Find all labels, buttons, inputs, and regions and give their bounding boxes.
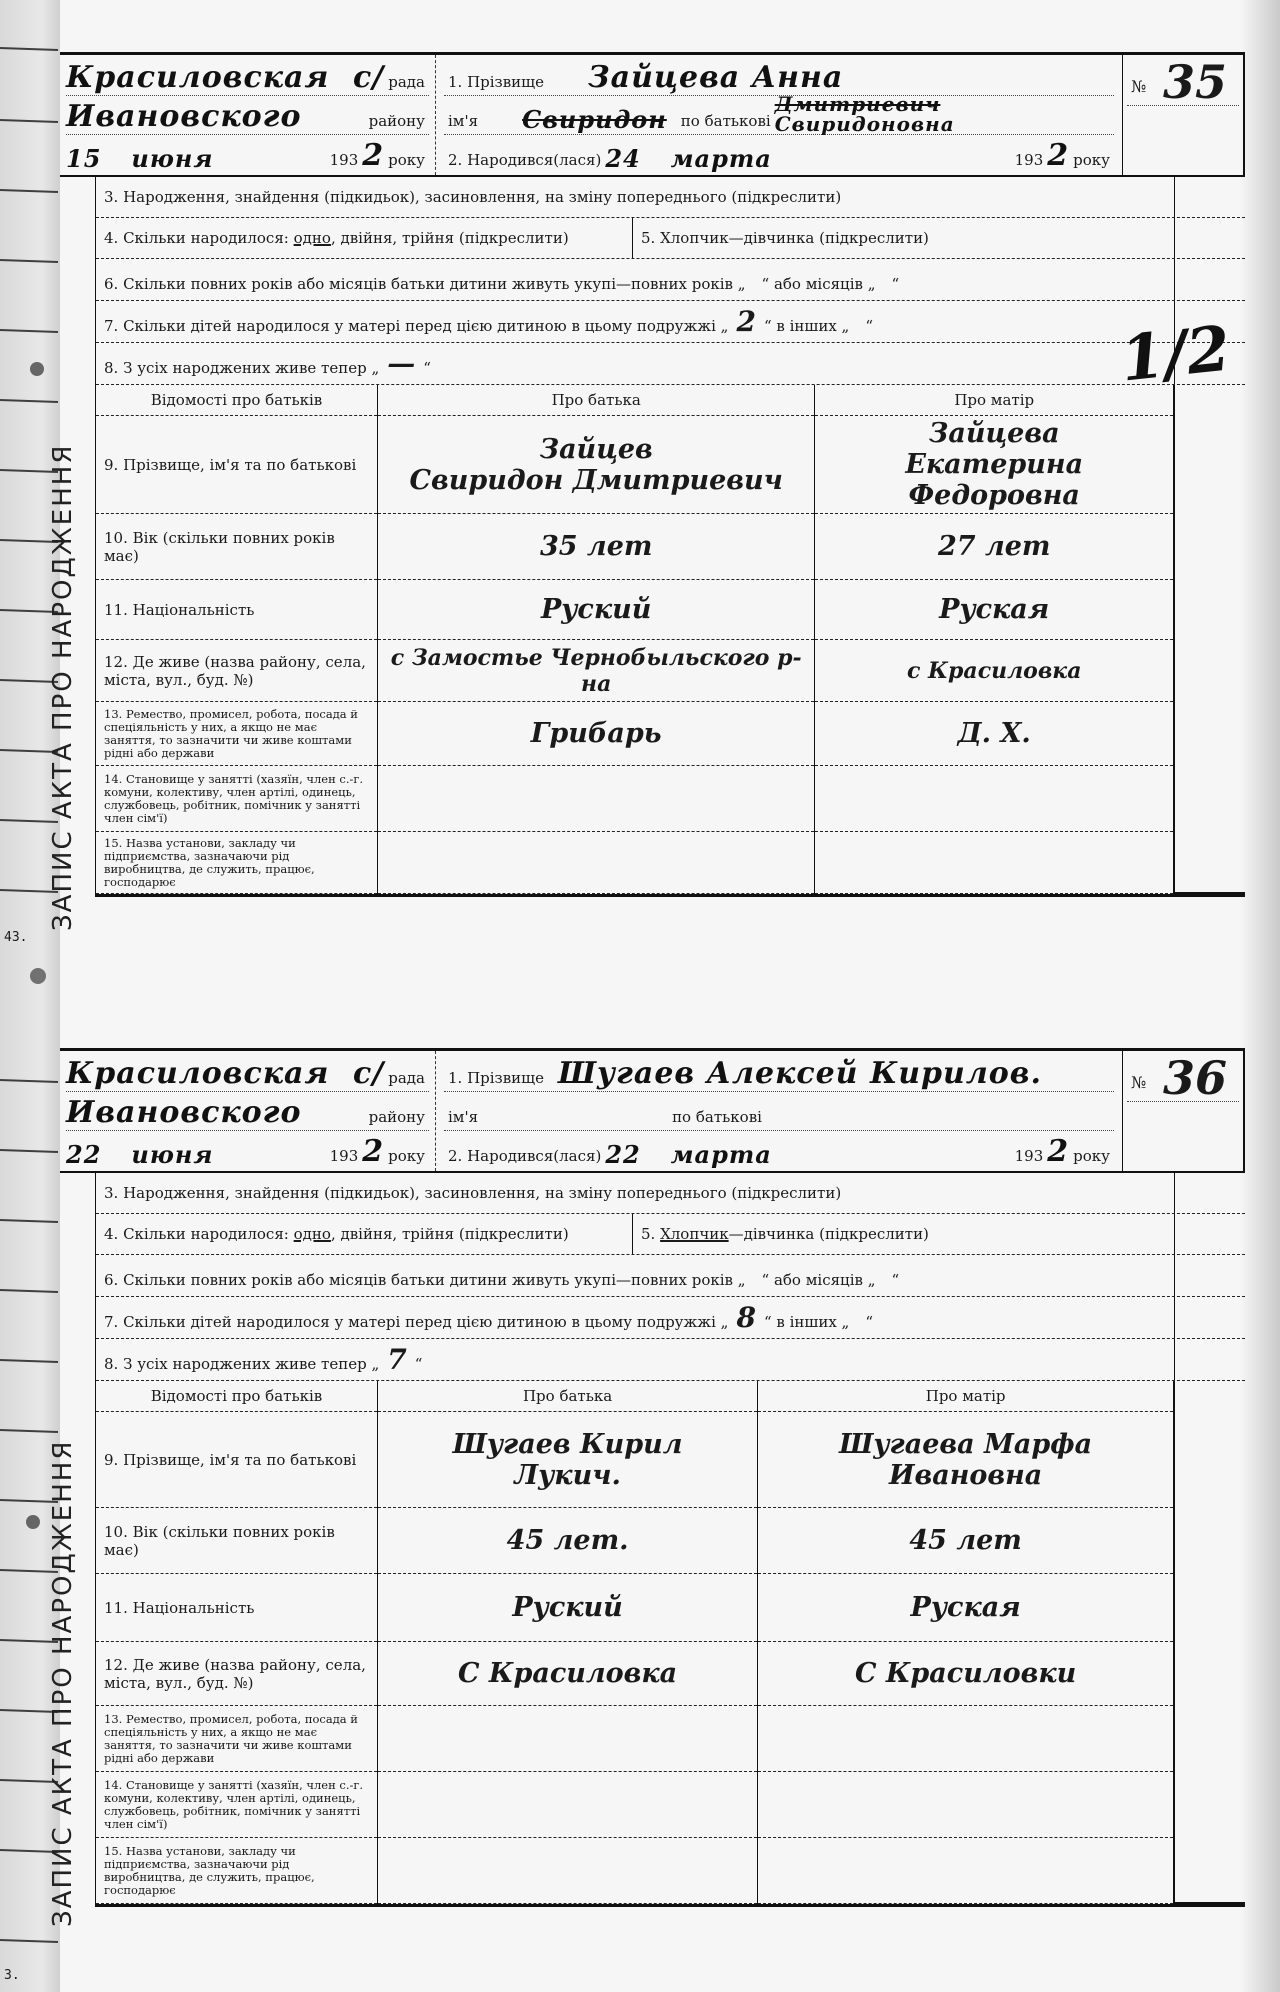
registration-block: Красиловскаяс/рада Ивановскогорайону 22и… [60, 1051, 436, 1171]
q4-single-underlined: одно [294, 229, 331, 247]
father-nationality: Руский [378, 580, 815, 640]
mother-age: 27 лет [815, 514, 1174, 580]
q8-alive-count: — [387, 347, 415, 380]
father-age: 35 лет [378, 514, 815, 580]
margin-number: 43. [4, 930, 27, 945]
mother-occupation: Д. Х. [815, 702, 1174, 766]
birth-record-36: Красиловскаяс/рада Ивановскогорайону 22и… [60, 1048, 1245, 1907]
parents-table: Відомості про батьківПро батькаПро матір… [96, 385, 1174, 894]
record-body: ЗАПИС АКТА ПРО НАРОДЖЕННЯ 3. Народження,… [95, 1173, 1245, 1907]
child-patronymic-struck: Дмитриевич [775, 94, 955, 114]
record-number-box: № 36 [1122, 1051, 1245, 1171]
side-title: ЗАПИС АКТА ПРО НАРОДЖЕННЯ [48, 1433, 80, 1933]
record-header: Красиловскаяс/рада Ивановскогорайону 15и… [60, 52, 1245, 177]
birth-year: 2 [1047, 1134, 1069, 1169]
mother-name: Шугаева МарфаИвановна [758, 1412, 1174, 1508]
district-name: Ивановского [66, 99, 302, 134]
council-name: Красиловская [66, 1056, 329, 1091]
mother-nationality: Руская [758, 1574, 1174, 1642]
father-residence: С Красиловка [378, 1642, 758, 1706]
record-number: 36 [1163, 1051, 1227, 1105]
registration-block: Красиловскаяс/рада Ивановскогорайону 15и… [60, 55, 436, 175]
father-age: 45 лет. [378, 1508, 758, 1574]
child-block: 1. ПрізвищеЗайцева Анна ім'яСвиридонпо б… [436, 55, 1122, 175]
birth-month: марта [671, 1140, 772, 1169]
margin-mark: 1/2 [1118, 312, 1234, 396]
mother-name: ЗайцеваЕкатерина Федоровна [815, 416, 1174, 514]
mother-nationality: Руская [815, 580, 1174, 640]
father-name: ЗайцевСвиридон Дмитриевич [378, 416, 815, 514]
child-surname-name: Шугаев Алексей Кирилов. [558, 1056, 1042, 1091]
q5-boy-underlined: Хлопчик [660, 1225, 729, 1243]
mother-residence: с Красиловка [815, 640, 1174, 702]
father-name: Шугаев КирилЛукич. [378, 1412, 758, 1508]
birth-day: 22 [605, 1140, 640, 1169]
q8-alive-count: 7 [387, 1343, 406, 1376]
register-page: Красиловскаяс/рада Ивановскогорайону 15и… [60, 0, 1280, 1992]
registration-month: июня [131, 1140, 213, 1169]
father-nationality: Руский [378, 1574, 758, 1642]
registration-day: 15 [66, 144, 101, 173]
father-occupation: Грибарь [378, 702, 815, 766]
father-residence: с Замостье Чернобыльского р-на [378, 640, 815, 702]
child-patronymic: Свиридоновна [775, 114, 955, 134]
father-occupation [378, 1706, 758, 1772]
mother-occupation [758, 1706, 1174, 1772]
child-surname-name: Зайцева Анна [588, 60, 843, 95]
record-number: 35 [1163, 55, 1227, 109]
birth-month: марта [671, 144, 772, 173]
q3-event-type: 3. Народження, знайдення (підкидьок), за… [96, 1180, 1174, 1206]
registration-year: 2 [362, 138, 384, 173]
mother-residence: С Красиловки [758, 1642, 1174, 1706]
record-number-box: № 35 [1122, 55, 1245, 175]
birth-year: 2 [1047, 138, 1069, 173]
q3-event-type: 3. Народження, знайдення (підкидьок), за… [96, 184, 1174, 210]
child-name-struck: Свиридон [522, 105, 667, 134]
birth-record-35: Красиловскаяс/рада Ивановскогорайону 15и… [60, 52, 1245, 897]
mother-age: 45 лет [758, 1508, 1174, 1574]
margin-number: 3. [4, 1968, 20, 1983]
birth-day: 24 [605, 144, 640, 173]
registration-year: 2 [362, 1134, 384, 1169]
district-name: Ивановского [66, 1095, 302, 1130]
council-name: Красиловская [66, 60, 329, 95]
q4-single-underlined: одно [294, 1225, 331, 1243]
child-block: 1. ПрізвищеШугаев Алексей Кирилов. ім'яп… [436, 1051, 1122, 1171]
q7-children-count: 8 [736, 1301, 755, 1334]
record-body: ЗАПИС АКТА ПРО НАРОДЖЕННЯ 1/2 3. Народже… [95, 177, 1245, 897]
registration-month: июня [131, 144, 213, 173]
record-header: Красиловскаяс/рада Ивановскогорайону 22и… [60, 1048, 1245, 1173]
side-title: ЗАПИС АКТА ПРО НАРОДЖЕННЯ [48, 437, 80, 937]
registration-day: 22 [66, 1140, 101, 1169]
q7-children-count: 2 [736, 305, 755, 338]
parents-table: Відомості про батьківПро батькаПро матір… [96, 1381, 1174, 1904]
